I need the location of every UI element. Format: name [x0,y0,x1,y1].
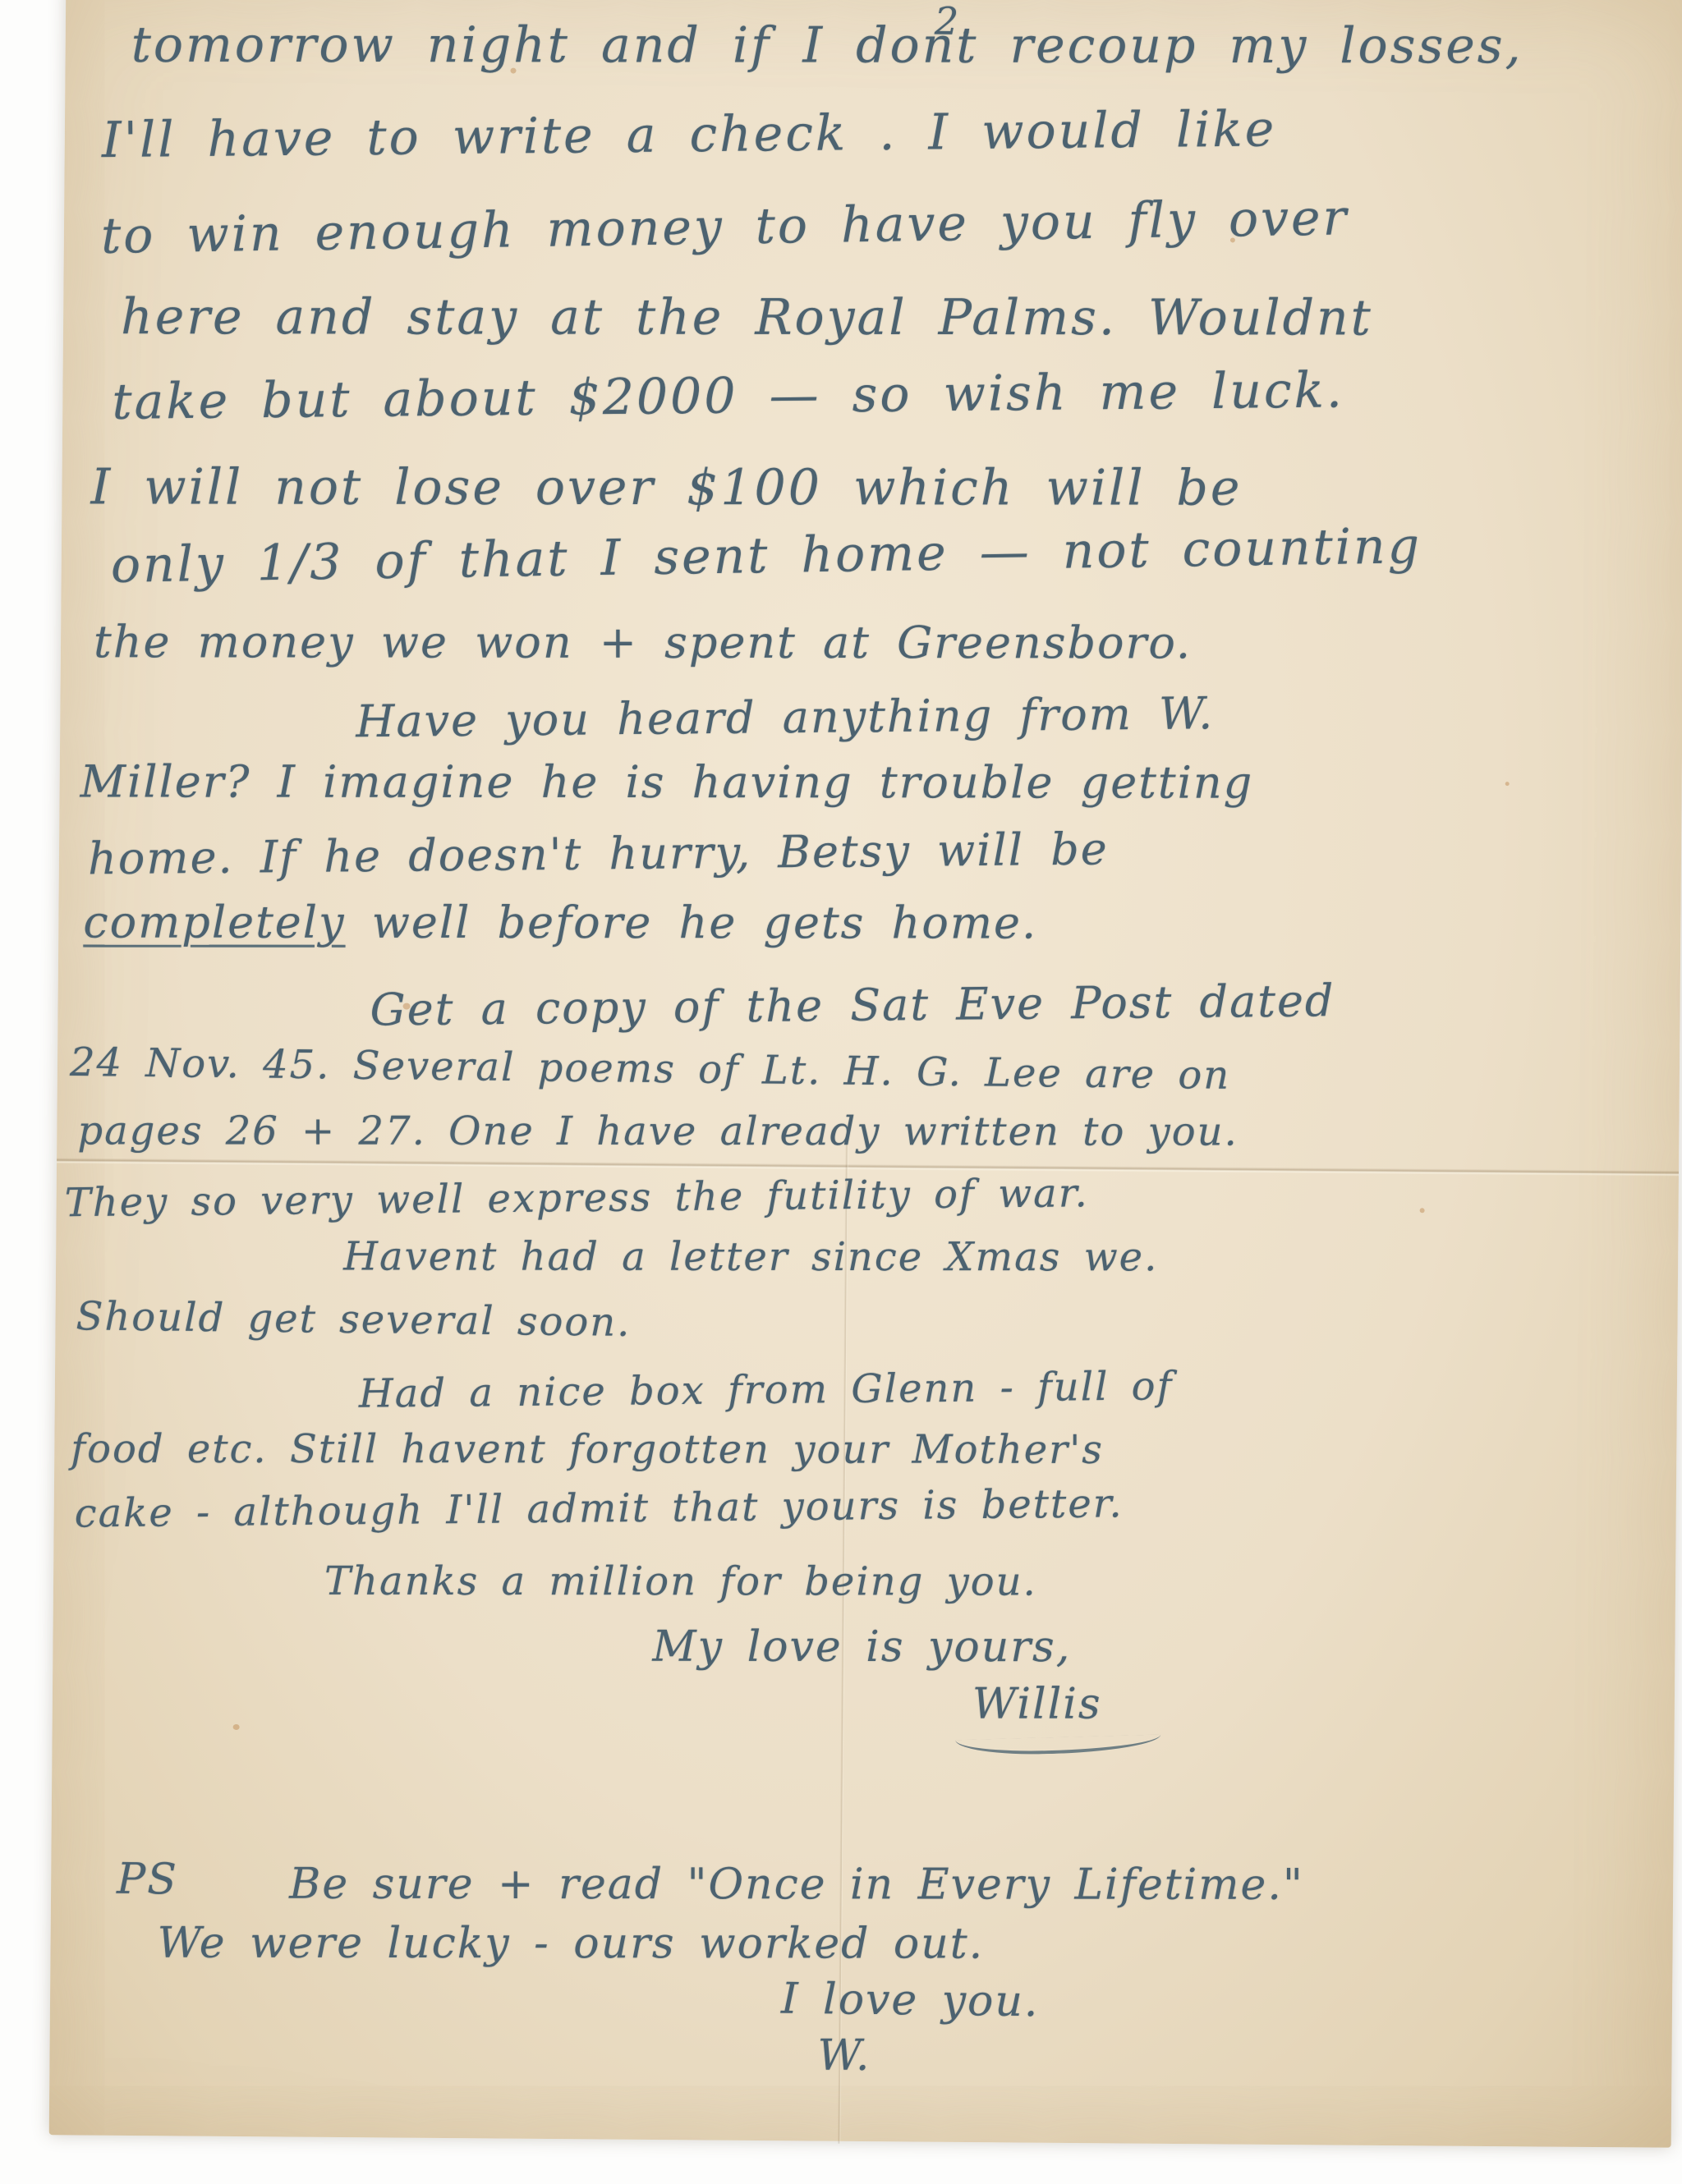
handwritten-line: Havent had a letter since Xmas we. [343,1237,1158,1277]
handwritten-line: food etc. Still havent forgotten your Mo… [71,1429,1104,1470]
paper-stain [1420,1208,1425,1213]
handwritten-line: They so very well express the futility o… [65,1173,1089,1223]
handwritten-line: tomorrow night and if I dont recoup my l… [131,21,1523,71]
handwritten-line: take but about $2000 — so wish me luck. [112,365,1344,426]
handwritten-line: Miller? I imagine he is having trouble g… [80,759,1254,805]
handwritten-line: Get a copy of the Sat Eve Post dated [370,979,1335,1032]
handwritten-line: Should get several soon. [76,1296,631,1342]
paper-stain [233,1724,240,1730]
handwritten-line: pages 26 + 27. One I have already writte… [77,1111,1238,1151]
signature-flourish [955,1734,1160,1756]
signature: Willis [972,1683,1102,1726]
handwritten-line: Have you heard anything from W. [356,691,1214,744]
handwritten-line: completely well before he gets home. [83,901,1037,946]
handwritten-line: the money we won + spent at Greensboro. [94,620,1192,665]
handwritten-line: 24 Nov. 45. Several poems of Lt. H. G. L… [70,1043,1231,1095]
handwritten-line: I'll have to write a check . I would lik… [102,104,1277,165]
handwritten-line: Had a nice box from Glenn - full of [359,1366,1174,1414]
handwritten-line: I will not lose over $100 which will be [90,462,1242,512]
ps-closing: I love you. [781,1978,1040,2024]
ps-label: PS [117,1858,178,1902]
handwritten-line: home. If he doesn't hurry, Betsy will be [88,827,1109,881]
line-rest: well before he gets home. [346,897,1038,949]
handwritten-line: to win enough money to have you fly over [101,193,1349,261]
paper-stain [1505,782,1510,786]
underlined-word: completely [83,897,345,948]
ps-line: We were lucky - ours worked out. [158,1922,985,1966]
scanned-letter-page: 2. tomorrow night and if I dont recoup m… [0,0,1682,2184]
letter-paper: 2. tomorrow night and if I dont recoup m… [49,0,1682,2148]
handwritten-line: Thanks a million for being you. [324,1562,1037,1602]
handwritten-line: here and stay at the Royal Palms. Wouldn… [121,292,1373,342]
ps-line: Be sure + read "Once in Every Lifetime." [289,1863,1304,1906]
ps-initial: W. [817,2035,871,2077]
handwritten-line: only 1/3 of that I sent home — not count… [111,521,1422,590]
closing-line: My love is yours, [652,1626,1071,1668]
handwritten-line: cake - although I'll admit that yours is… [75,1484,1124,1533]
